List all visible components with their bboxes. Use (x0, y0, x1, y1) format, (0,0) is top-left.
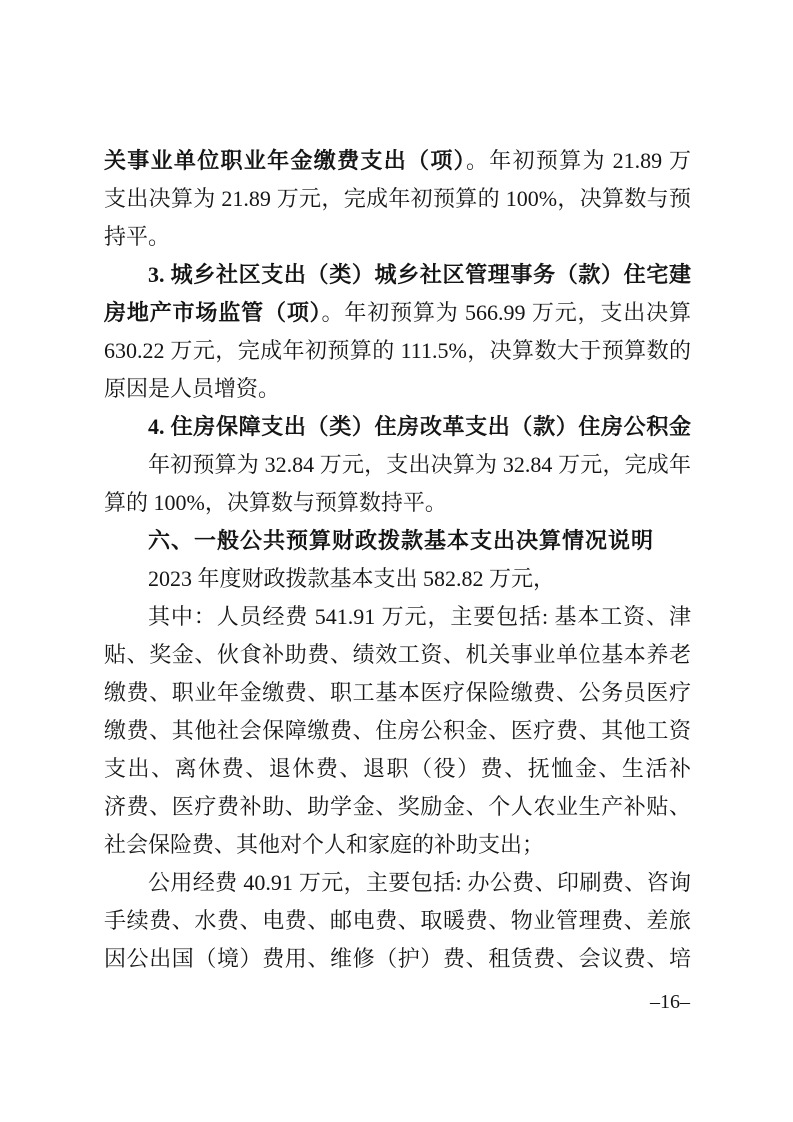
text-segment: 其中：人员经费 541.91 万元，主要包括: 基本工资、津贴补 (104, 604, 691, 636)
text-line: 4. 住房保障支出（类）住房改革支出（款）住房公积金（项）。 (104, 408, 691, 446)
text-segment: 社会保险费、其他对个人和家庭的补助支出； (104, 832, 544, 857)
text-line: 缴费、职业年金缴费、职工基本医疗保险缴费、公务员医疗补助 (104, 674, 691, 712)
text-segment: 原因是人员增资。 (104, 376, 280, 401)
text-line: 630.22 万元，完成年初预算的 111.5%，决算数大于预算数的主要 (104, 332, 691, 370)
text-line: 缴费、其他社会保障缴费、住房公积金、医疗费、其他工资福利 (104, 712, 691, 750)
text-line: 房地产市场监管（项）。年初预算为 566.99 万元，支出决算为 (104, 294, 691, 332)
text-segment: 2023 年度财政拨款基本支出 582.82 万元， (148, 566, 555, 591)
text-segment: 4. 住房保障支出（类）住房改革支出（款）住房公积金（项）。 (104, 414, 691, 446)
text-segment: 公用经费 40.91 万元，主要包括: 办公费、印刷费、咨询费、 (104, 870, 691, 902)
text-line: 年初预算为 32.84 万元，支出决算为 32.84 万元，完成年初预 (104, 446, 691, 484)
text-segment: 3. 城乡社区支出（类）城乡社区管理事务（款）住宅建设与 (104, 262, 691, 294)
text-line: 原因是人员增资。 (104, 370, 691, 408)
page-number: –16– (650, 991, 690, 1013)
text-line: 贴、奖金、伙食补助费、绩效工资、机关事业单位基本养老保险 (104, 636, 691, 674)
text-line: 关事业单位职业年金缴费支出（项）。年初预算为 21.89 万元， (104, 142, 691, 180)
section-heading-text: 六、一般公共预算财政拨款基本支出决算情况说明 (148, 528, 654, 553)
text-segment: 630.22 万元，完成年初预算的 111.5%，决算数大于预算数的主要 (104, 338, 691, 370)
text-segment: 贴、奖金、伙食补助费、绩效工资、机关事业单位基本养老保险 (104, 642, 691, 674)
text-line: 算的 100%，决算数与预算数持平。 (104, 484, 691, 522)
text-segment: 因公出国（境）费用、维修（护）费、租赁费、会议费、培训费、 (104, 946, 691, 978)
text-segment: 关事业单位职业年金缴费支出（项） (104, 148, 466, 173)
text-line: 手续费、水费、电费、邮电费、取暖费、物业管理费、差旅费、 (104, 902, 691, 940)
text-line: 其中：人员经费 541.91 万元，主要包括: 基本工资、津贴补 (104, 598, 691, 636)
text-line: 济费、医疗费补助、助学金、奖励金、个人农业生产补贴、代缴 (104, 788, 691, 826)
text-line: 支出决算为 21.89 万元，完成年初预算的 100%，决算数与预算数 (104, 180, 691, 218)
text-segment: 济费、医疗费补助、助学金、奖励金、个人农业生产补贴、代缴 (104, 794, 691, 826)
text-segment: 缴费、其他社会保障缴费、住房公积金、医疗费、其他工资福利 (104, 718, 691, 750)
text-line: 因公出国（境）费用、维修（护）费、租赁费、会议费、培训费、 (104, 940, 691, 978)
text-segment: 支出、离休费、退休费、退职（役）费、抚恤金、生活补助、救 (104, 756, 691, 788)
text-line: 持平。 (104, 218, 691, 256)
text-segment: 持平。 (104, 224, 170, 249)
text-line: 六、一般公共预算财政拨款基本支出决算情况说明 (104, 522, 691, 560)
text-line: 3. 城乡社区支出（类）城乡社区管理事务（款）住宅建设与 (104, 256, 691, 294)
text-line: 社会保险费、其他对个人和家庭的补助支出； (104, 826, 691, 864)
text-segment: 房地产市场监管（项） (104, 300, 322, 325)
text-segment: 手续费、水费、电费、邮电费、取暖费、物业管理费、差旅费、 (104, 908, 691, 940)
document-page: 关事业单位职业年金缴费支出（项）。年初预算为 21.89 万元，支出决算为 21… (0, 0, 793, 1122)
text-segment: 算的 100%，决算数与预算数持平。 (104, 490, 447, 515)
text-line: 2023 年度财政拨款基本支出 582.82 万元， (104, 560, 691, 598)
text-line: 支出、离休费、退休费、退职（役）费、抚恤金、生活补助、救 (104, 750, 691, 788)
document-body: 关事业单位职业年金缴费支出（项）。年初预算为 21.89 万元，支出决算为 21… (104, 142, 691, 978)
text-segment: 支出决算为 21.89 万元，完成年初预算的 100%，决算数与预算数 (104, 186, 691, 218)
text-line: 公用经费 40.91 万元，主要包括: 办公费、印刷费、咨询费、 (104, 864, 691, 902)
text-segment: 缴费、职业年金缴费、职工基本医疗保险缴费、公务员医疗补助 (104, 680, 691, 712)
text-segment: 年初预算为 32.84 万元，支出决算为 32.84 万元，完成年初预 (104, 452, 691, 484)
